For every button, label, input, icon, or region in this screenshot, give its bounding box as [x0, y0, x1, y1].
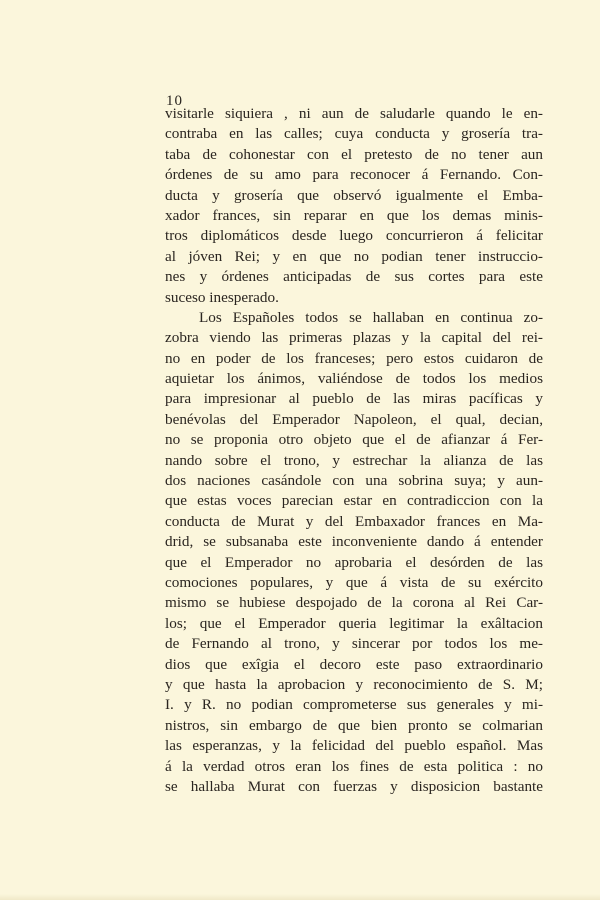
text-line: dos naciones casándole con una sobrina s…	[165, 471, 543, 491]
text-line: que estas voces parecian estar en contra…	[165, 491, 543, 511]
text-line: zobra viendo las primeras plazas y la ca…	[165, 328, 543, 348]
text-line: drid, se subsanaba este inconveniente da…	[165, 532, 543, 552]
text-line: xador frances, sin reparar en que los de…	[165, 206, 543, 226]
text-line: no se proponia otro objeto que el de afi…	[165, 430, 543, 450]
text-line: se hallaba Murat con fuerzas y disposici…	[165, 777, 543, 797]
text-line: mismo se hubiese despojado de la corona …	[165, 593, 543, 613]
text-line: que el Emperador no aprobaria el desórde…	[165, 553, 543, 573]
page-edge	[0, 894, 600, 900]
text-line: á la verdad otros eran los fines de esta…	[165, 757, 543, 777]
text-line: suceso inesperado.	[165, 288, 543, 308]
text-line: I. y R. no podian comprometerse sus gene…	[165, 695, 543, 715]
text-line: nistros, sin embargo de que bien pronto …	[165, 716, 543, 736]
text-line: contraba en las calles; cuya conducta y …	[165, 124, 543, 144]
body-text: visitarle siquiera , ni aun de saludarle…	[165, 104, 543, 797]
text-line: para impresionar al pueblo de las miras …	[165, 389, 543, 409]
text-line: conducta de Murat y del Embaxador france…	[165, 512, 543, 532]
text-line: tros diplomáticos desde luego concurrier…	[165, 226, 543, 246]
text-line: visitarle siquiera , ni aun de saludarle…	[165, 104, 543, 124]
text-line: nando sobre el trono, y estrechar la ali…	[165, 451, 543, 471]
text-line: aquietar los ánimos, valiéndose de todos…	[165, 369, 543, 389]
text-line: taba de cohonestar con el pretesto de no…	[165, 145, 543, 165]
text-line: Los Españoles todos se hallaban en conti…	[165, 308, 543, 328]
text-line: y que hasta la aprobacion y reconocimien…	[165, 675, 543, 695]
text-line: no en poder de los franceses; pero estos…	[165, 349, 543, 369]
paragraph: Los Españoles todos se hallaban en conti…	[165, 308, 543, 797]
text-line: benévolas del Emperador Napoleon, el qua…	[165, 410, 543, 430]
text-line: al jóven Rei; y en que no podian tener i…	[165, 247, 543, 267]
text-line: los; que el Emperador queria legitimar l…	[165, 614, 543, 634]
book-page: 10 visitarle siquiera , ni aun de saluda…	[0, 0, 600, 900]
text-line: ducta y grosería que observó igualmente …	[165, 186, 543, 206]
paragraph: visitarle siquiera , ni aun de saludarle…	[165, 104, 543, 308]
text-line: las esperanzas, y la felicidad del puebl…	[165, 736, 543, 756]
text-line: dios que exîgia el decoro este paso extr…	[165, 655, 543, 675]
text-line: nes y órdenes anticipadas de sus cortes …	[165, 267, 543, 287]
text-line: de Fernando al trono, y sincerar por tod…	[165, 634, 543, 654]
text-line: comociones populares, y que á vista de s…	[165, 573, 543, 593]
text-line: órdenes de su amo para reconocer á Ferna…	[165, 165, 543, 185]
